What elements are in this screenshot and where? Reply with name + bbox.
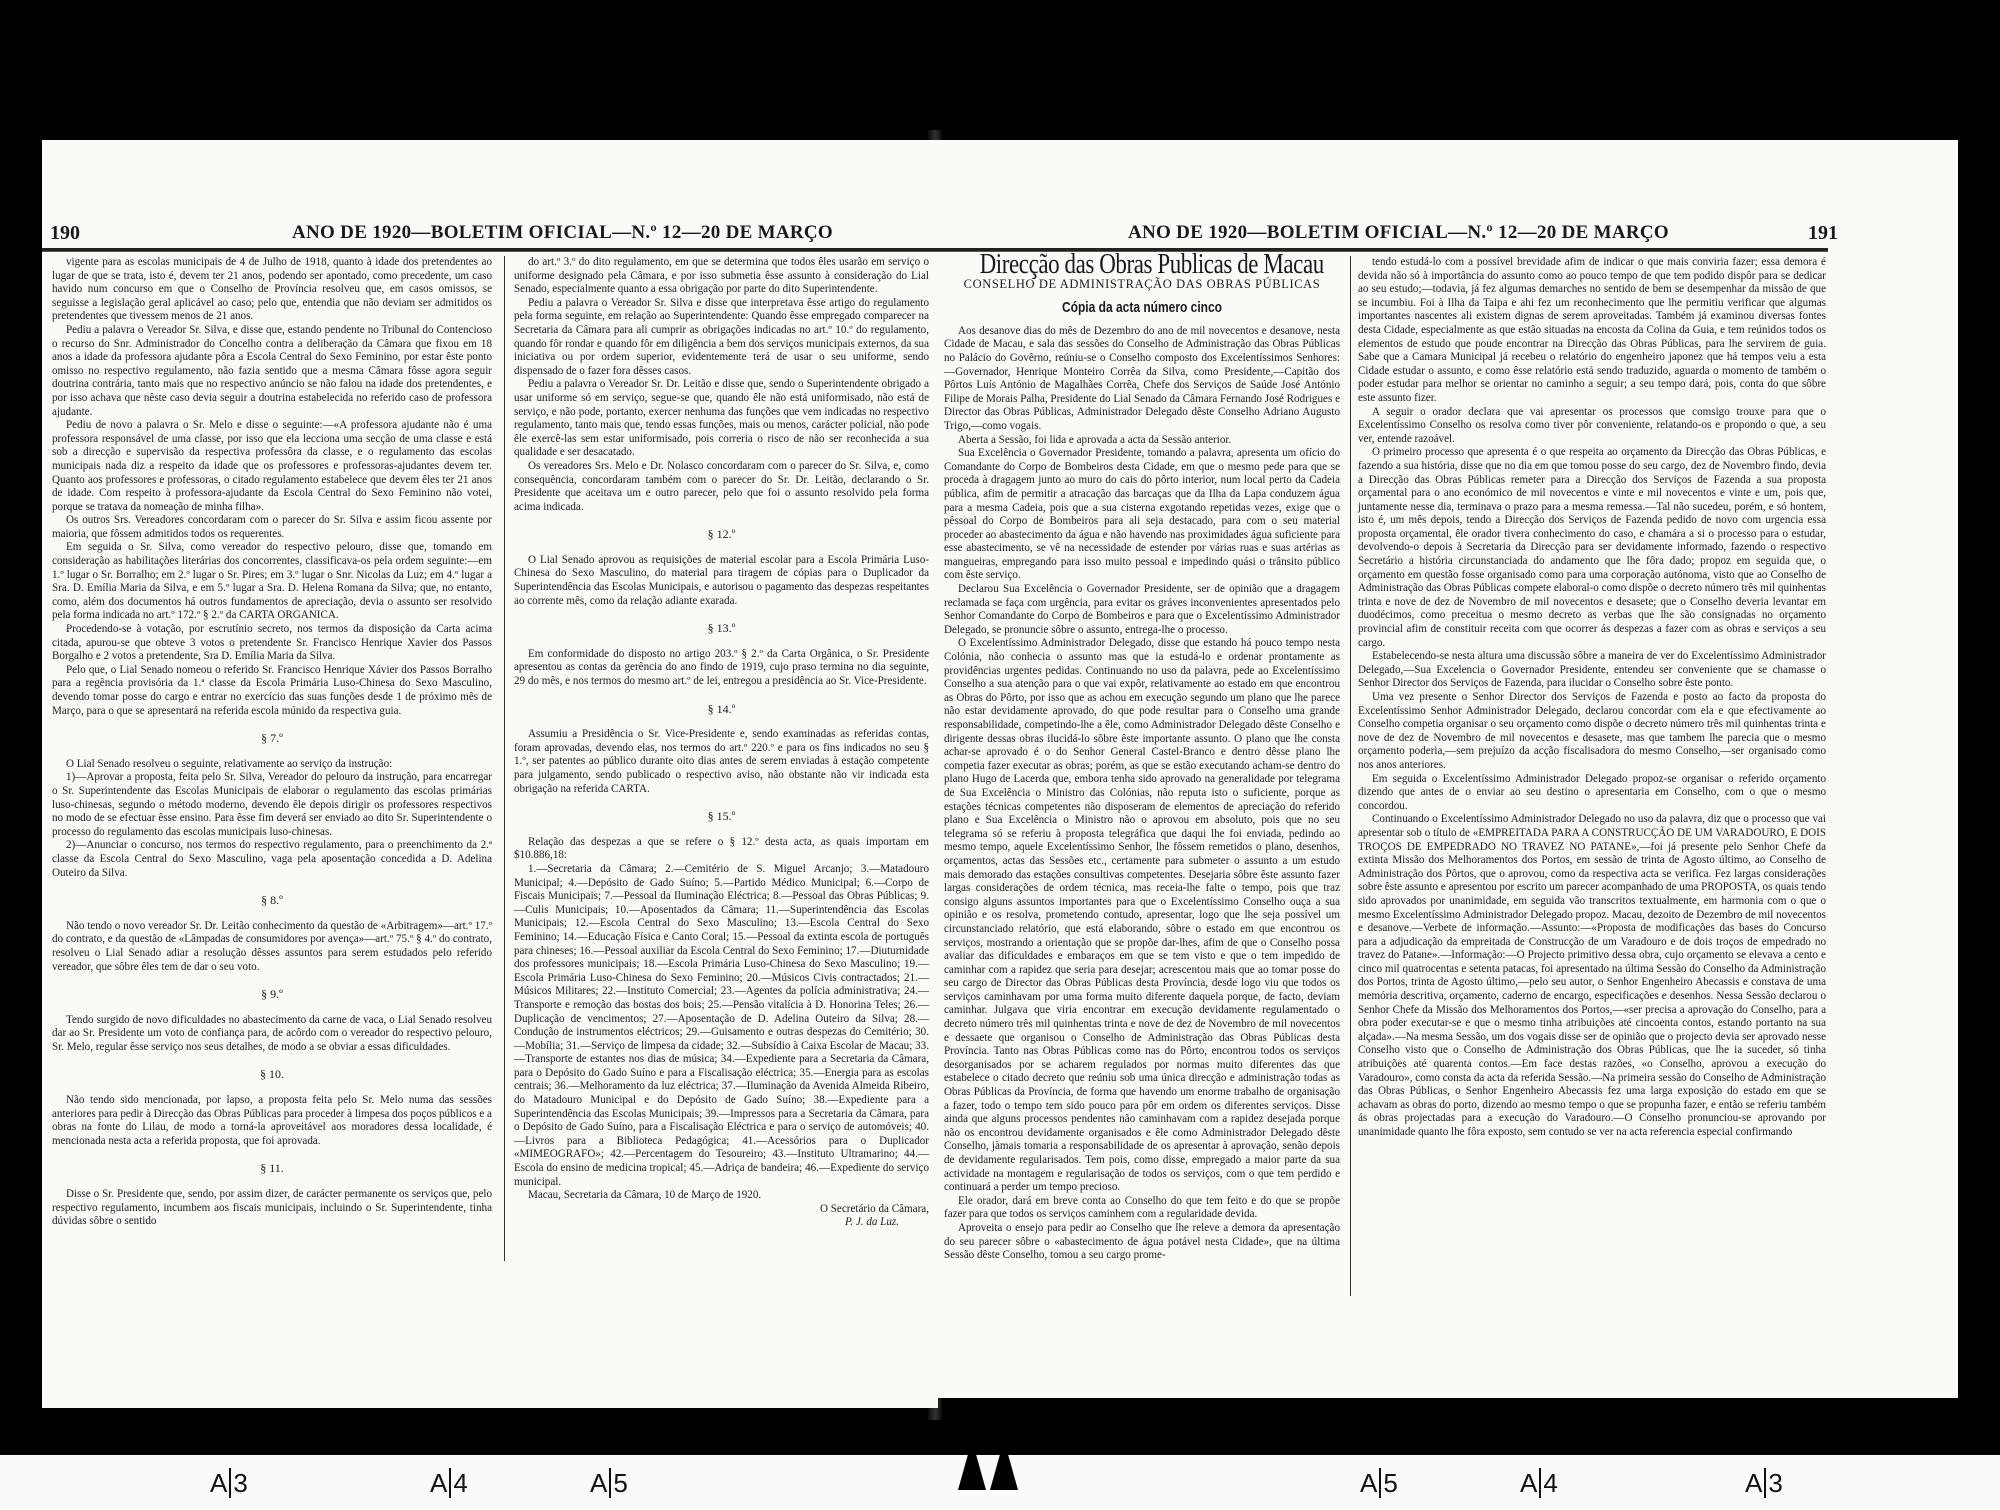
film-marker: A5 bbox=[1360, 1468, 1398, 1499]
paragraph: 1.—Secretaria da Câmara; 2.—Cemitério de… bbox=[514, 863, 929, 1189]
paragraph: do art.º 3.º do dito regulamento, em que… bbox=[514, 256, 929, 297]
running-head-left: ANO DE 1920—BOLETIM OFICIAL—N.º 12—20 DE… bbox=[292, 222, 833, 244]
left-column-2: do art.º 3.º do dito regulamento, em que… bbox=[514, 256, 929, 1230]
paragraph: Pediu de novo a palavra o Sr. Melo e dis… bbox=[52, 419, 492, 514]
article-heading: Cópia da acta número cinco bbox=[984, 301, 1301, 315]
section-heading: § 8.º bbox=[52, 894, 492, 908]
notch-marker bbox=[990, 1440, 1018, 1490]
paragraph: Em seguida o Sr. Silva, como vereador do… bbox=[52, 541, 492, 623]
right-column-2: tendo estudá-lo com a possível brevidade… bbox=[1358, 256, 1826, 1140]
left-page: 190 ANO DE 1920—BOLETIM OFICIAL—N.º 12—2… bbox=[42, 140, 940, 1408]
paragraph: Pelo que, o Lial Senado nomeou o referid… bbox=[52, 664, 492, 718]
paragraph: O Lial Senado resolveu o seguinte, relat… bbox=[52, 758, 492, 772]
paragraph: Assumiu a Presidência o Sr. Vice-Preside… bbox=[514, 728, 929, 796]
paragraph: vigente para as escolas municipais de 4 … bbox=[52, 256, 492, 324]
paragraph: Disse o Sr. Presidente que, sendo, por a… bbox=[52, 1188, 492, 1229]
paragraph: O Lial Senado aprovou as requisições de … bbox=[514, 554, 929, 608]
paragraph: Aos desanove dias do mês de Dezembro do … bbox=[944, 325, 1340, 434]
right-column-1: Direcção das Obras Publicas de Macau CON… bbox=[944, 256, 1340, 1263]
left-column-1: vigente para as escolas municipais de 4 … bbox=[52, 256, 492, 1229]
paragraph: Os outros Srs. Vereadores concordaram co… bbox=[52, 514, 492, 541]
paragraph: Em seguida o Excelentíssimo Administrado… bbox=[1358, 773, 1826, 814]
paragraph: Pediu a palavra o Vereador Sr. Dr. Leitã… bbox=[514, 378, 929, 460]
paragraph: Os vereadores Srs. Melo e Dr. Nolasco co… bbox=[514, 460, 929, 514]
paragraph: Ele orador, dará em breve conta ao Conse… bbox=[944, 1195, 1340, 1222]
paragraph: Estabelecendo-se nesta altura uma discus… bbox=[1358, 650, 1826, 691]
paragraph: Tendo surgido de novo dificuldades no ab… bbox=[52, 1014, 492, 1055]
paragraph: Não tendo o novo vereador Sr. Dr. Leitão… bbox=[52, 920, 492, 974]
signatory-name: P. J. da Luz. bbox=[514, 1216, 899, 1230]
notch-marker bbox=[958, 1440, 986, 1490]
header-rule bbox=[42, 248, 938, 252]
paragraph: Aproveita o ensejo para pedir ao Conselh… bbox=[944, 1222, 1340, 1263]
section-heading: § 10. bbox=[52, 1068, 492, 1082]
paragraph: 1)—Aprovar a proposta, feita pelo Sr. Si… bbox=[52, 771, 492, 839]
film-marker: A3 bbox=[1745, 1468, 1783, 1499]
article-body: Aos desanove dias do mês de Dezembro do … bbox=[944, 325, 1340, 1263]
section-heading: § 9.º bbox=[52, 988, 492, 1002]
section-heading: § 13.º bbox=[514, 622, 929, 636]
paragraph: Continuando o Excelentíssimo Administrad… bbox=[1358, 813, 1826, 1139]
section-heading: § 7.º bbox=[52, 732, 492, 746]
paragraph: Procedendo-se à votação, por escrutínio … bbox=[52, 623, 492, 664]
section-heading: § 12.º bbox=[514, 528, 929, 542]
signature: O Secretário da Câmara,P. J. da Luz. bbox=[514, 1203, 929, 1230]
section-heading: § 11. bbox=[52, 1162, 492, 1176]
paragraph: 2)—Anunciar o concurso, nos termos do re… bbox=[52, 839, 492, 880]
paragraph: tendo estudá-lo com a possível brevidade… bbox=[1358, 256, 1826, 406]
paragraph: Pediu a palavra o Vereador Sr. Silva e d… bbox=[514, 297, 929, 379]
paragraph: O Excelentíssimo Administrador Delegado,… bbox=[944, 637, 1340, 1194]
paragraph: Pediu a palavra o Vereador Sr. Silva, e … bbox=[52, 324, 492, 419]
film-marker: A4 bbox=[430, 1468, 468, 1499]
paragraph: Declarou Sua Excelência o Governador Pre… bbox=[944, 583, 1340, 637]
paragraph: Não tendo sido mencionada, por lapso, a … bbox=[52, 1094, 492, 1148]
column-divider bbox=[504, 256, 505, 1261]
page-number-right: 191 bbox=[1808, 222, 1838, 245]
paragraph: Aberta a Sessão, foi lida e aprovada a a… bbox=[944, 434, 1340, 448]
section-heading: § 14.º bbox=[514, 703, 929, 717]
film-marker: A5 bbox=[590, 1468, 628, 1499]
paragraph: Em conformidade do disposto no artigo 20… bbox=[514, 648, 929, 689]
page-number-left: 190 bbox=[50, 222, 80, 245]
right-page: ANO DE 1920—BOLETIM OFICIAL—N.º 12—20 DE… bbox=[938, 140, 1958, 1398]
paragraph: Uma vez presente o Senhor Director dos S… bbox=[1358, 691, 1826, 773]
paragraph: Sua Excelência o Governador Presidente, … bbox=[944, 447, 1340, 583]
running-head-right: ANO DE 1920—BOLETIM OFICIAL—N.º 12—20 DE… bbox=[1128, 222, 1669, 244]
paragraph: Relação das despezas a que se refere o §… bbox=[514, 836, 929, 863]
section-heading: § 15.º bbox=[514, 810, 929, 824]
film-marker: A3 bbox=[210, 1468, 248, 1499]
column-divider bbox=[1350, 256, 1351, 1296]
film-marker: A4 bbox=[1520, 1468, 1558, 1499]
article-title: Direcção das Obras Publicas de Macau bbox=[980, 258, 1305, 272]
paragraph: Macau, Secretaria da Câmara, 10 de Março… bbox=[514, 1189, 929, 1203]
paragraph: A seguir o orador declara que vai aprese… bbox=[1358, 406, 1826, 447]
paragraph: O primeiro processo que apresenta é o qu… bbox=[1358, 446, 1826, 650]
